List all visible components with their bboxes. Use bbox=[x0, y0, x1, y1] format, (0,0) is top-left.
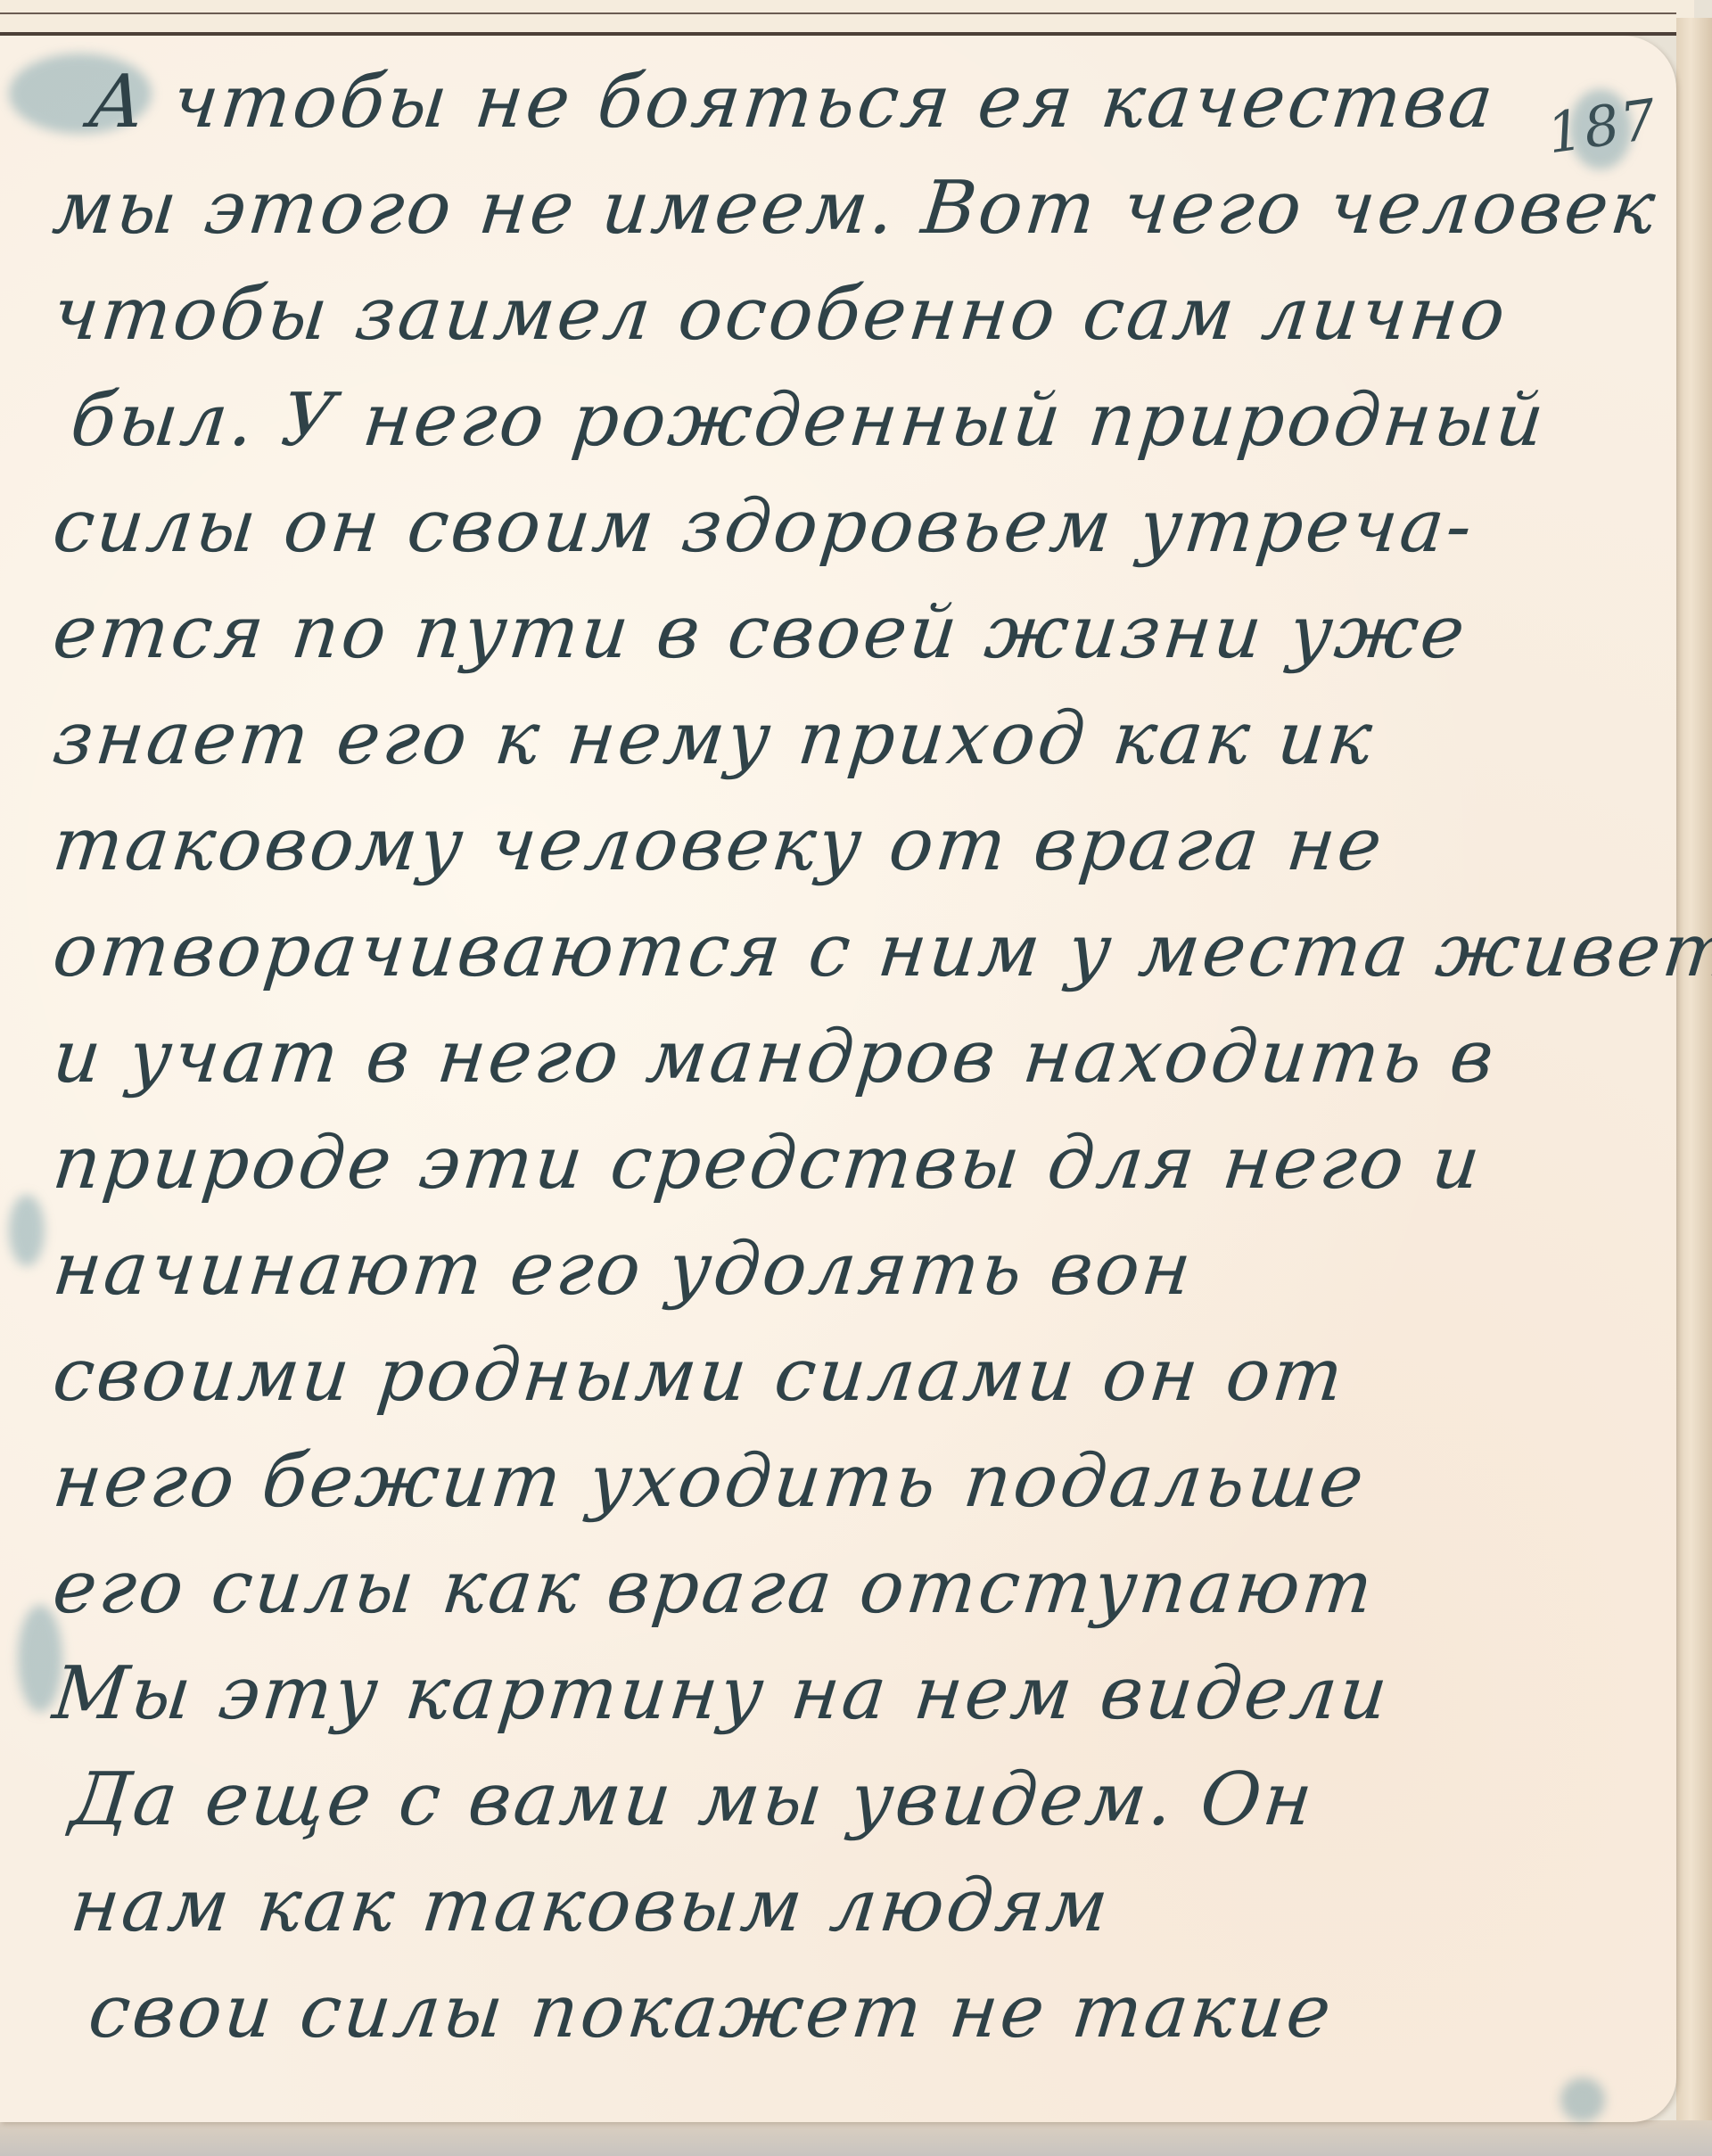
text-line-content: Да еще с вами мы увидем. Он bbox=[66, 1747, 1321, 1853]
page-stack-right-edge bbox=[1676, 18, 1712, 2140]
page-stack-top-line bbox=[0, 12, 1676, 14]
text-line-content: был. У него рожденный природный bbox=[66, 367, 1551, 473]
text-line-content: начинают его удолять вон bbox=[48, 1216, 1199, 1322]
text-line: мы этого не имеем. Вот чего человек bbox=[48, 155, 1593, 261]
text-line: таковому человеку от врага не bbox=[48, 792, 1593, 898]
text-line: отворачиваются с ним у места живет bbox=[48, 898, 1593, 1004]
text-line-content: и учат в него мандров находить в bbox=[48, 1004, 1502, 1110]
text-line: ется по пути в своей жизни уже bbox=[48, 580, 1593, 686]
text-line-content: нам как таковым людям bbox=[66, 1853, 1116, 1959]
text-line: своими родными силами он от bbox=[48, 1322, 1593, 1428]
ink-smudge bbox=[1560, 2078, 1605, 2122]
text-line-content: мы этого не имеем. Вот чего человек bbox=[48, 155, 1663, 261]
text-line: его силы как врага отступают bbox=[48, 1535, 1593, 1641]
text-line: начинают его удолять вон bbox=[48, 1216, 1593, 1322]
text-line: него бежит уходить подальше bbox=[48, 1428, 1593, 1535]
text-line-content: свои силы покажет не такие bbox=[84, 1959, 1338, 2065]
page-stack-bottom-edge bbox=[0, 2120, 1712, 2156]
text-line: чтобы заимел особенно сам лично bbox=[48, 261, 1593, 367]
text-line-content: знает его к нему приход как ик bbox=[48, 686, 1380, 792]
ink-smudge bbox=[9, 1195, 45, 1266]
text-line-content: отворачиваются с ним у места живет bbox=[48, 898, 1712, 1004]
text-line: и учат в него мандров находить в bbox=[48, 1004, 1593, 1110]
text-line: А чтобы не бояться ея качества bbox=[48, 49, 1593, 155]
text-line-content: чтобы заимел особенно сам лично bbox=[48, 261, 1513, 367]
page-stack-top-edge bbox=[0, 0, 1694, 36]
scanned-page: 187 А чтобы не бояться ея качества мы эт… bbox=[0, 0, 1712, 2156]
text-line: нам как таковым людям bbox=[48, 1853, 1593, 1959]
text-line: Да еще с вами мы увидем. Он bbox=[48, 1747, 1593, 1853]
text-line: Мы эту картину на нем видели bbox=[48, 1641, 1593, 1747]
text-line-content: таковому человеку от врага не bbox=[48, 792, 1389, 898]
text-line: был. У него рожденный природный bbox=[48, 367, 1593, 473]
text-line-content: Мы эту картину на нем видели bbox=[48, 1641, 1395, 1747]
text-line-content: его силы как врага отступают bbox=[48, 1535, 1380, 1641]
text-line-content: природе эти средствы для него и bbox=[48, 1110, 1488, 1216]
text-line-content: своими родными силами он от bbox=[48, 1322, 1351, 1428]
text-line: знает его к нему приход как ик bbox=[48, 686, 1593, 792]
handwritten-text: А чтобы не бояться ея качества мы этого … bbox=[53, 49, 1587, 2065]
text-line-content: ется по пути в своей жизни уже bbox=[48, 580, 1472, 686]
text-line-content: силы он своим здоровьем утреча- bbox=[48, 473, 1479, 580]
text-line: природе эти средствы для него и bbox=[48, 1110, 1593, 1216]
text-line-content: него бежит уходить подальше bbox=[48, 1428, 1371, 1535]
text-line-content: А чтобы не бояться ея качества bbox=[84, 49, 1501, 155]
text-line: силы он своим здоровьем утреча- bbox=[48, 473, 1593, 580]
text-line: свои силы покажет не такие bbox=[48, 1959, 1593, 2065]
